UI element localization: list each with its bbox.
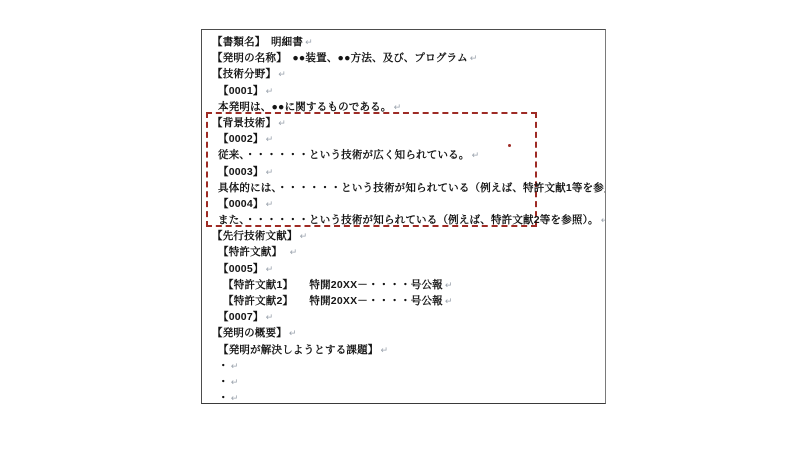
paragraph-mark-icon: ↵ [278, 118, 286, 128]
page-body: 【書類名】 明細書↵【発明の名称】 ●●装置、●●方法、及び、プログラム↵【技術… [202, 30, 605, 403]
paragraph-mark-icon: ↵ [266, 312, 274, 322]
line-text: ・ [218, 392, 229, 404]
document-line[interactable]: 【0007】↵ [202, 309, 605, 325]
line-text: 【技術分野】 [212, 68, 276, 80]
paragraph-mark-icon: ↵ [266, 199, 274, 209]
line-text: 【0002】 [218, 133, 264, 145]
red-marker-dot [508, 144, 511, 147]
document-line[interactable]: ・↵ [202, 358, 605, 374]
line-text: 【先行技術文献】 [212, 230, 298, 242]
document-line[interactable]: 【特許文献】 ↵ [202, 244, 605, 260]
line-text: 【特許文献1】 特開20XX－・・・・号公報 [223, 279, 443, 291]
paragraph-mark-icon: ↵ [300, 231, 308, 241]
document-canvas: 【書類名】 明細書↵【発明の名称】 ●●装置、●●方法、及び、プログラム↵【技術… [0, 0, 800, 450]
paragraph-mark-icon: ↵ [472, 150, 480, 160]
document-line[interactable]: 【0004】↵ [202, 196, 605, 212]
document-line[interactable]: 【背景技術】↵ [202, 115, 605, 131]
line-text: 【0003】 [218, 166, 264, 178]
paragraph-mark-icon: ↵ [289, 328, 297, 338]
paragraph-mark-icon: ↵ [266, 167, 274, 177]
paragraph-mark-icon: ↵ [470, 53, 478, 63]
line-text: 本発明は、●●に関するものである。 [218, 101, 392, 113]
document-lines: 【書類名】 明細書↵【発明の名称】 ●●装置、●●方法、及び、プログラム↵【技術… [202, 34, 605, 404]
document-line[interactable]: 本発明は、●●に関するものである。↵ [202, 99, 605, 115]
document-line[interactable]: 従来、・・・・・・という技術が広く知られている。↵ [202, 147, 605, 163]
paragraph-mark-icon: ↵ [445, 296, 453, 306]
line-text: ・ [218, 376, 229, 388]
line-text: また、・・・・・・という技術が知られている（例えば、特許文献2等を参照）。 [218, 214, 599, 226]
paragraph-mark-icon: ↵ [266, 264, 274, 274]
document-line[interactable]: 【先行技術文献】↵ [202, 228, 605, 244]
paragraph-mark-icon: ↵ [305, 37, 313, 47]
paragraph-mark-icon: ↵ [445, 280, 453, 290]
paragraph-mark-icon: ↵ [394, 102, 402, 112]
document-line[interactable]: 【0002】↵ [202, 131, 605, 147]
document-line[interactable]: ・↵ [202, 374, 605, 390]
line-text: 【0001】 [218, 85, 264, 97]
line-text: ・ [218, 360, 229, 372]
line-text: 【0004】 [218, 198, 264, 210]
paragraph-mark-icon: ↵ [266, 86, 274, 96]
line-text: 【特許文献2】 特開20XX－・・・・号公報 [223, 295, 443, 307]
line-text: 【特許文献】 [218, 246, 288, 258]
paragraph-mark-icon: ↵ [278, 69, 286, 79]
line-text: 【発明が解決しようとする課題】 [218, 344, 379, 356]
document-line[interactable]: 【技術分野】↵ [202, 66, 605, 82]
specification-page[interactable]: 【書類名】 明細書↵【発明の名称】 ●●装置、●●方法、及び、プログラム↵【技術… [201, 29, 606, 404]
paragraph-mark-icon: ↵ [381, 345, 389, 355]
line-text: 具体的には、・・・・・・という技術が知られている（例えば、特許文献1等を参照）。 [218, 182, 606, 194]
paragraph-mark-icon: ↵ [231, 361, 239, 371]
document-line[interactable]: また、・・・・・・という技術が知られている（例えば、特許文献2等を参照）。↵ [202, 212, 605, 228]
document-line[interactable]: 【発明が解決しようとする課題】↵ [202, 342, 605, 358]
line-text: 【発明の概要】 [212, 327, 287, 339]
document-line[interactable]: 【0001】↵ [202, 83, 605, 99]
document-line[interactable]: 【特許文献1】 特開20XX－・・・・号公報↵ [202, 277, 605, 293]
document-line[interactable]: 【特許文献2】 特開20XX－・・・・号公報↵ [202, 293, 605, 309]
paragraph-mark-icon: ↵ [601, 215, 606, 225]
document-line[interactable]: 具体的には、・・・・・・という技術が知られている（例えば、特許文献1等を参照）。… [202, 180, 605, 196]
line-text: 【背景技術】 [212, 117, 276, 129]
paragraph-mark-icon: ↵ [231, 393, 239, 403]
document-line[interactable]: 【発明の概要】↵ [202, 325, 605, 341]
line-text: 【0007】 [218, 311, 264, 323]
document-line[interactable]: 【0005】↵ [202, 261, 605, 277]
paragraph-mark-icon: ↵ [290, 247, 298, 257]
line-text: 従来、・・・・・・という技術が広く知られている。 [218, 149, 470, 161]
line-text: 【0005】 [218, 263, 264, 275]
line-text: 【発明の名称】 ●●装置、●●方法、及び、プログラム [212, 52, 468, 64]
document-line[interactable]: 【発明の名称】 ●●装置、●●方法、及び、プログラム↵ [202, 50, 605, 66]
paragraph-mark-icon: ↵ [266, 134, 274, 144]
document-line[interactable]: 【書類名】 明細書↵ [202, 34, 605, 50]
paragraph-mark-icon: ↵ [231, 377, 239, 387]
line-text: 【書類名】 明細書 [212, 36, 303, 48]
document-line[interactable]: ・↵ [202, 390, 605, 404]
document-line[interactable]: 【0003】↵ [202, 164, 605, 180]
